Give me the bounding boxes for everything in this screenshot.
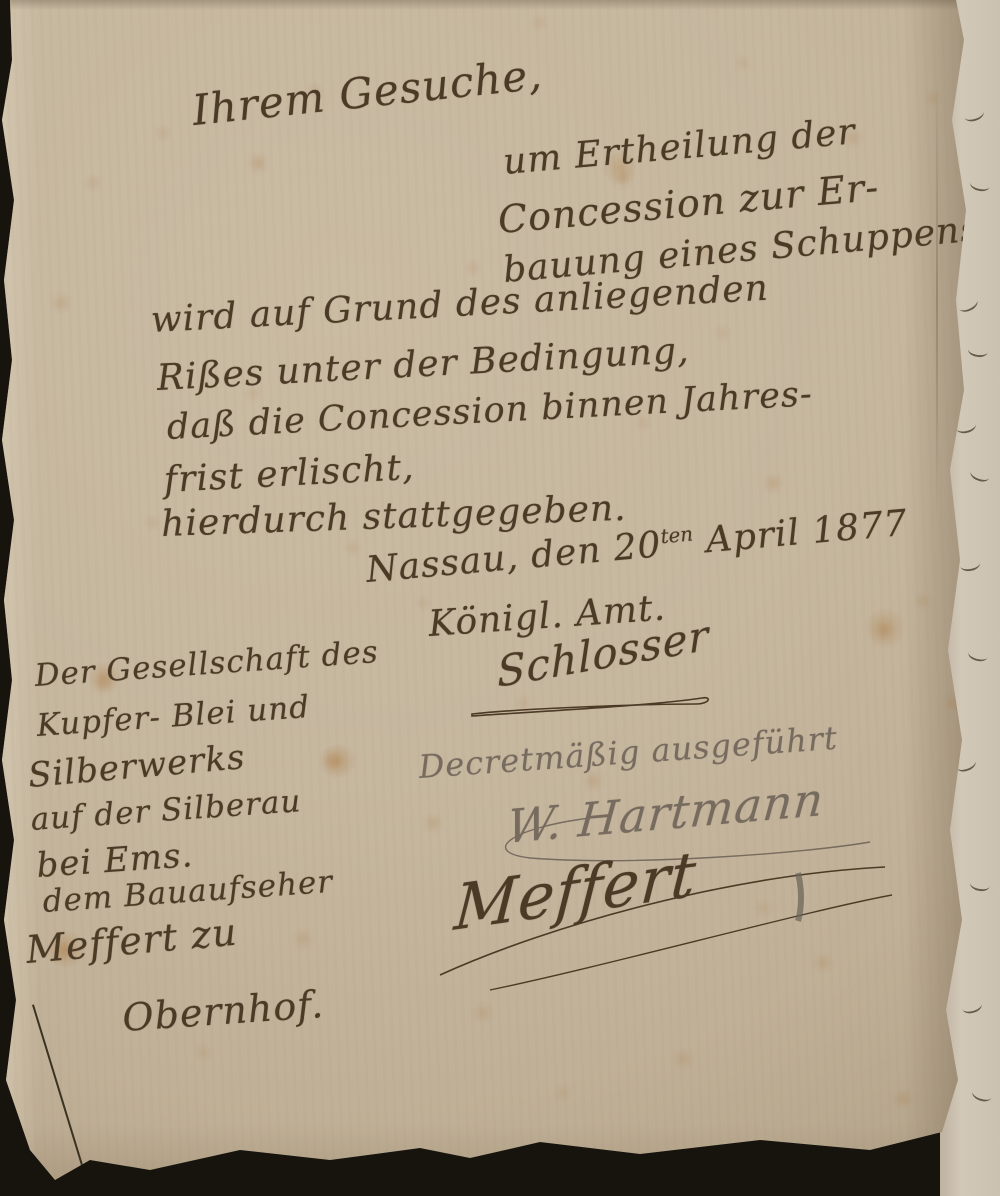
adjacent-page-ink-fragment: [962, 105, 985, 124]
addressee-line: Der Gesellschaft des: [33, 634, 379, 694]
foxing-spots: [0, 0, 6, 6]
adjacent-page-ink-fragment: [959, 556, 981, 572]
addressee-line: Kupfer- Blei und: [35, 689, 311, 744]
addressee-line: Silberwerks: [27, 737, 247, 796]
adjacent-page-ink-fragment: [969, 876, 991, 892]
stain-blotch: [318, 744, 358, 778]
letter-page: Ihrem Gesuche, um Ertheilung der Concess…: [0, 0, 972, 1196]
signature-flourish: [468, 694, 718, 724]
adjacent-page-ink-fragment: [956, 294, 980, 314]
ink-signature-flourish: [430, 855, 900, 995]
adjacent-page-ink-fragment: [961, 997, 984, 1015]
paper-crease: [936, 80, 938, 520]
body-line: frist erlischt,: [163, 447, 416, 501]
scanned-document: Ihrem Gesuche, um Ertheilung der Concess…: [0, 0, 1000, 1196]
adjacent-page-ink-fragment: [969, 176, 991, 193]
adjacent-page-ink-fragment: [970, 1085, 993, 1104]
addressee-line: Obernhof.: [121, 982, 325, 1040]
body-line: Ihrem Gesuche,: [190, 50, 545, 135]
adjacent-page-ink-fragment: [968, 465, 991, 484]
torn-fiber: [32, 1004, 89, 1186]
date-ordinal: ten: [660, 523, 694, 549]
adjacent-page-ink-fragment: [967, 646, 990, 664]
date-suffix: April 1877: [692, 503, 910, 563]
adjacent-page-ink-fragment: [967, 343, 989, 359]
stain-blotch: [862, 608, 908, 648]
